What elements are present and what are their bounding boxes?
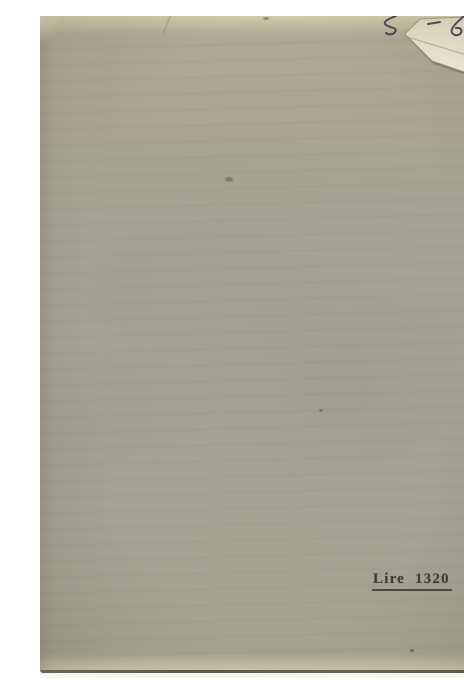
backdrop-sliver [40,673,464,678]
book-back-cover: Lire 1320 [40,16,464,671]
photo-vignette [40,16,464,671]
book-photo: Lire 1320 [40,16,464,678]
